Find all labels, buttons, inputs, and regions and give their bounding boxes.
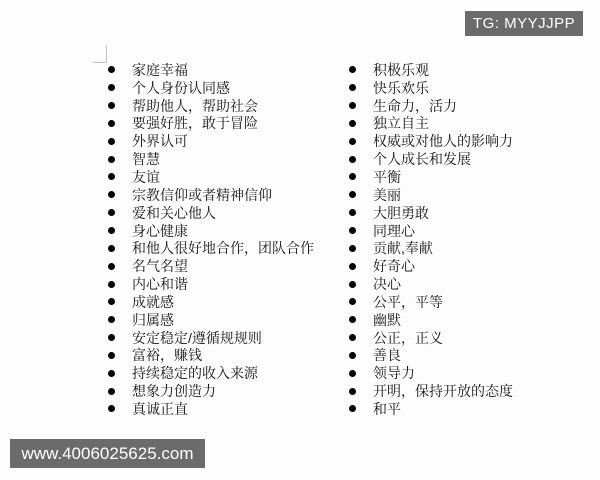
bullet-icon [108, 120, 115, 127]
list-item: 真诚正直 [108, 400, 314, 418]
bullet-icon [349, 173, 356, 180]
list-item: 同理心 [349, 222, 513, 240]
list-item: 身心健康 [108, 222, 314, 240]
bullet-icon [108, 388, 115, 395]
list-item: 平衡 [349, 168, 513, 186]
list-item: 名气名望 [108, 257, 314, 275]
list-item: 公平，平等 [349, 293, 513, 311]
bullet-icon [349, 316, 356, 323]
list-item: 智慧 [108, 150, 314, 168]
list-item: 安定稳定/遵循规规则 [108, 329, 314, 347]
list-item: 大胆勇敢 [349, 204, 513, 222]
bullet-icon [349, 245, 356, 252]
bullet-icon [349, 227, 356, 234]
list-item: 开明，保持开放的态度 [349, 382, 513, 400]
list-item: 善良 [349, 347, 513, 365]
list-item: 权威或对他人的影响力 [349, 132, 513, 150]
bullet-icon [108, 281, 115, 288]
bullet-icon [349, 298, 356, 305]
list-item-label: 和平 [373, 399, 401, 419]
bullet-icon [349, 209, 356, 216]
list-item: 积极乐观 [349, 61, 513, 79]
list-item: 外界认可 [108, 132, 314, 150]
list-item: 贡献,奉献 [349, 239, 513, 257]
bullet-icon [108, 334, 115, 341]
bullet-icon [108, 245, 115, 252]
bullet-icon [108, 191, 115, 198]
list-item: 富裕，赚钱 [108, 347, 314, 365]
list-item: 宗教信仰或者精神信仰 [108, 186, 314, 204]
list-item: 公正，正义 [349, 329, 513, 347]
website-watermark: www.4006025625.com [10, 439, 205, 468]
bullet-icon [349, 102, 356, 109]
values-list-left: 家庭幸福个人身份认同感帮助他人，帮助社会要强好胜，敢于冒险外界认可智慧友谊宗教信… [108, 61, 314, 418]
bullet-icon [349, 263, 356, 270]
list-item: 成就感 [108, 293, 314, 311]
bullet-icon [108, 102, 115, 109]
values-list-right: 积极乐观快乐欢乐生命力，活力独立自主权威或对他人的影响力个人成长和发展平衡美丽大… [349, 61, 513, 418]
list-item: 要强好胜，敢于冒险 [108, 115, 314, 133]
list-item: 想象力创造力 [108, 382, 314, 400]
list-item: 帮助他人，帮助社会 [108, 97, 314, 115]
list-item: 领导力 [349, 364, 513, 382]
bullet-icon [349, 334, 356, 341]
bullet-icon [349, 120, 356, 127]
list-item: 决心 [349, 275, 513, 293]
list-item: 美丽 [349, 186, 513, 204]
bullet-icon [108, 352, 115, 359]
list-item: 家庭幸福 [108, 61, 314, 79]
bullet-icon [349, 191, 356, 198]
bullet-icon [349, 156, 356, 163]
bullet-icon [108, 370, 115, 377]
bullet-icon [108, 138, 115, 145]
list-item: 好奇心 [349, 257, 513, 275]
bullet-icon [108, 263, 115, 270]
list-item: 爱和关心他人 [108, 204, 314, 222]
list-item: 友谊 [108, 168, 314, 186]
bullet-icon [108, 298, 115, 305]
list-item: 和他人很好地合作，团队合作 [108, 239, 314, 257]
list-item: 幽默 [349, 311, 513, 329]
list-item: 独立自主 [349, 115, 513, 133]
bullet-icon [349, 352, 356, 359]
bullet-icon [108, 173, 115, 180]
bullet-icon [108, 156, 115, 163]
bullet-icon [108, 405, 115, 412]
bullet-icon [349, 370, 356, 377]
bullet-icon [108, 66, 115, 73]
bullet-icon [349, 281, 356, 288]
bullet-icon [349, 138, 356, 145]
bullet-icon [349, 388, 356, 395]
list-item: 和平 [349, 400, 513, 418]
list-item: 归属感 [108, 311, 314, 329]
bullet-icon [108, 227, 115, 234]
list-item: 个人身份认同感 [108, 79, 314, 97]
list-item: 持续稳定的收入来源 [108, 364, 314, 382]
list-item-label: 真诚正直 [132, 399, 188, 419]
bullet-icon [108, 84, 115, 91]
bullet-icon [349, 84, 356, 91]
page-margin-corner-mark [93, 45, 107, 63]
list-item: 内心和谐 [108, 275, 314, 293]
bullet-icon [349, 66, 356, 73]
bullet-icon [349, 405, 356, 412]
bullet-icon [108, 316, 115, 323]
list-item: 快乐欢乐 [349, 79, 513, 97]
list-item: 个人成长和发展 [349, 150, 513, 168]
telegram-tag-badge: TG: MYYJJPP [465, 11, 583, 36]
list-item: 生命力，活力 [349, 97, 513, 115]
bullet-icon [108, 209, 115, 216]
